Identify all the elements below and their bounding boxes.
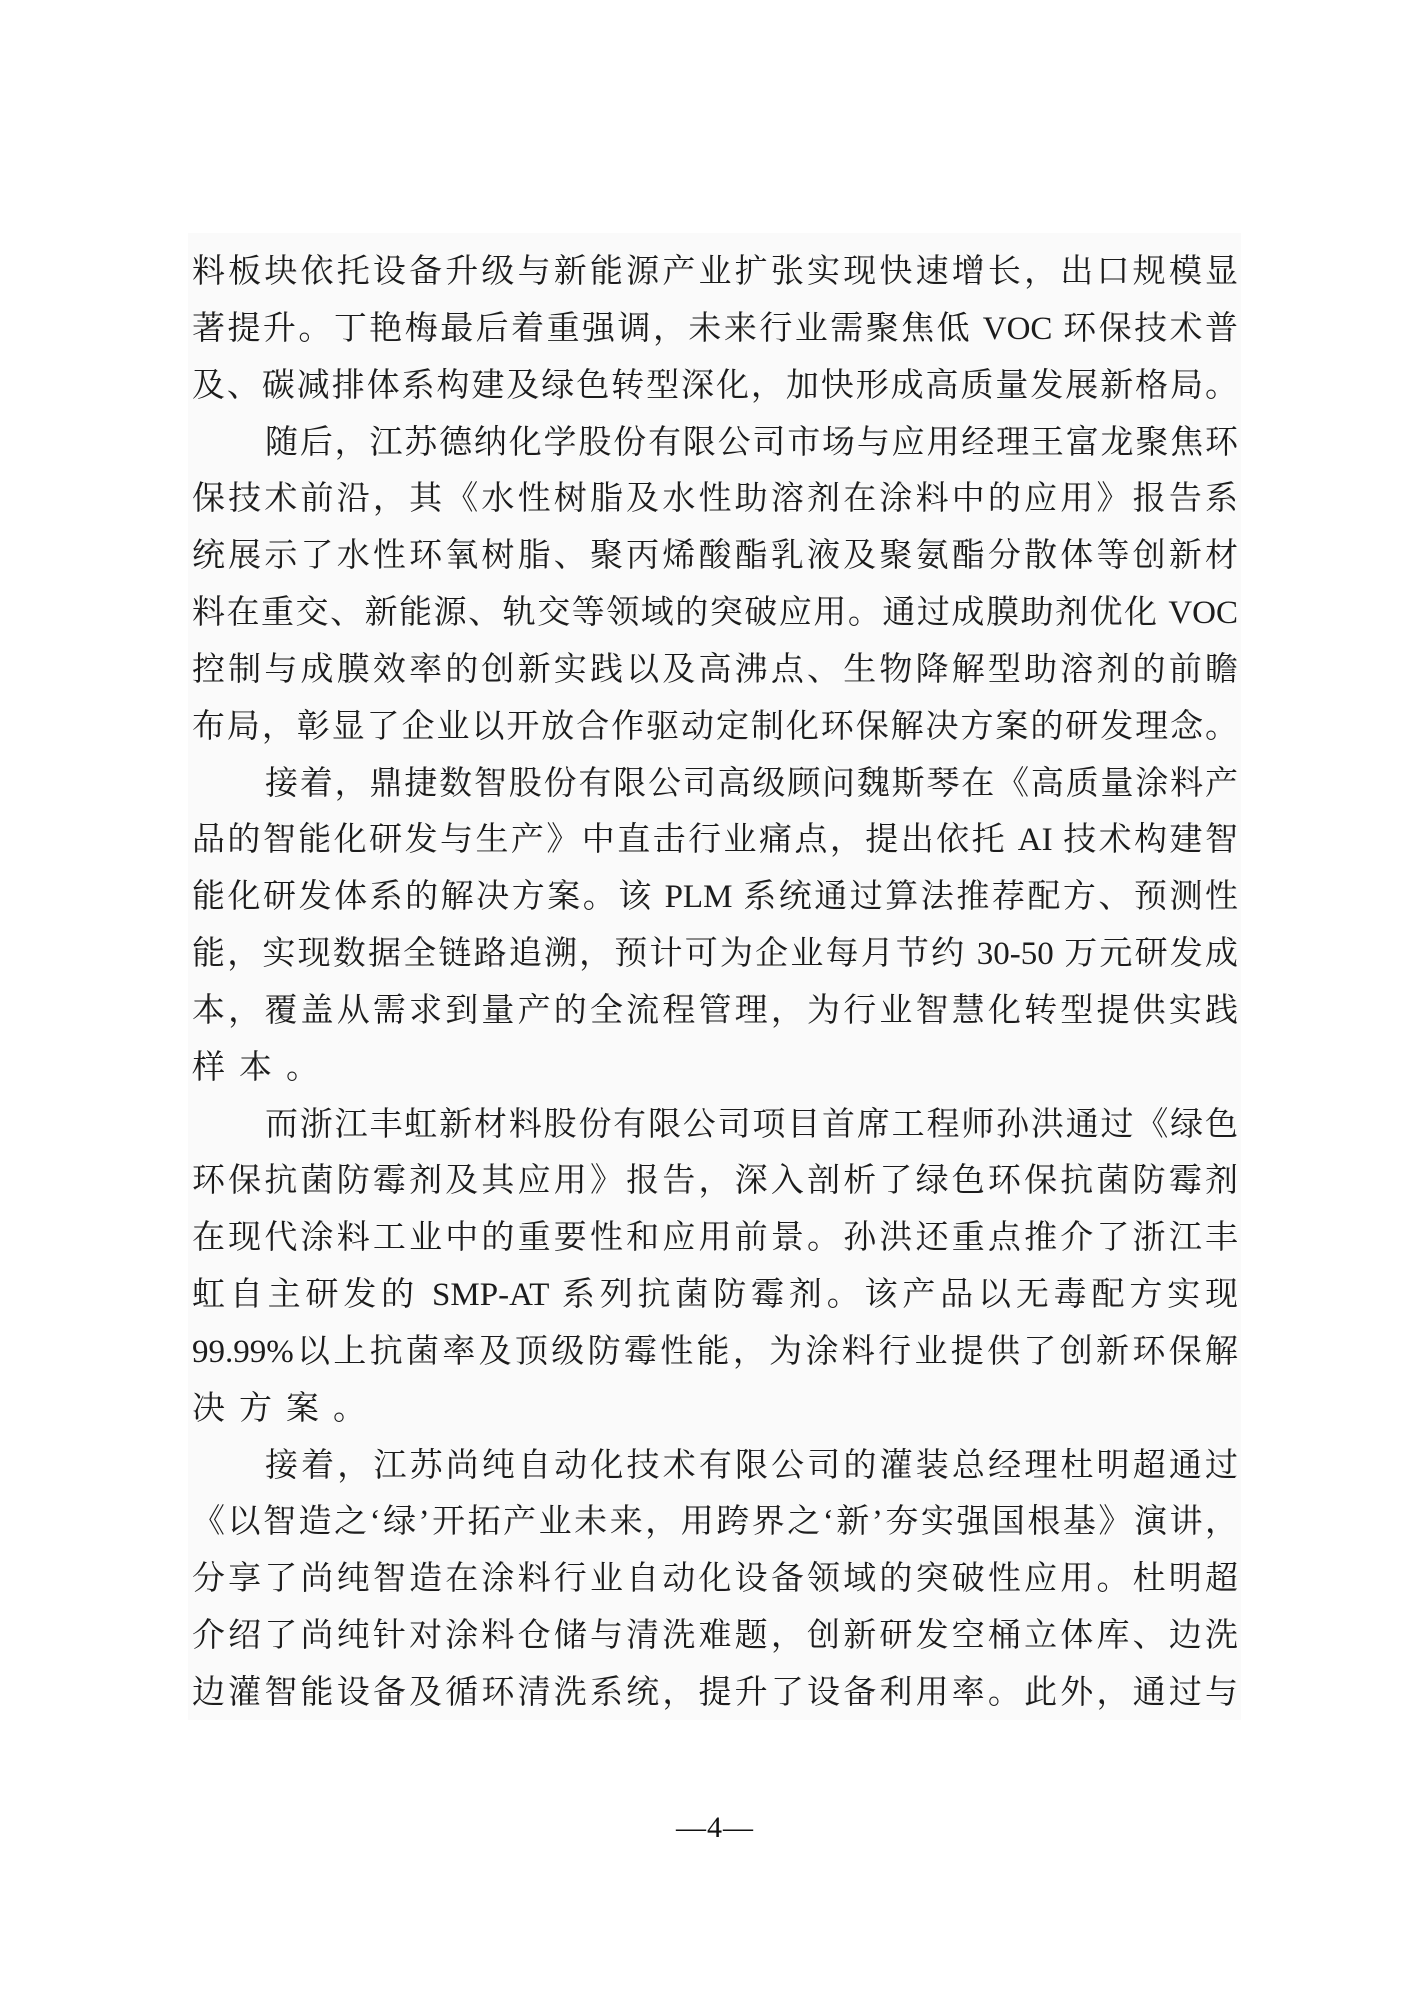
text-line: 及、碳减排体系构建及绿色转型深化，加快形成高质量发展新格局。: [192, 366, 1238, 406]
text-line: 99.99%以上抗菌率及顶级防霉性能，为涂料行业提供了创新环保解: [192, 1332, 1238, 1372]
paragraph-first-line: 随后，江苏德纳化学股份有限公司市场与应用经理王富龙聚焦环: [265, 423, 1238, 463]
document-page: 料板块依托设备升级与新能源产业扩张实现快速增长，出口规模显 著提升。丁艳梅最后着…: [0, 0, 1415, 2000]
text-line: 著提升。丁艳梅最后着重强调，未来行业需聚焦低 VOC 环保技术普: [192, 309, 1238, 349]
text-line: 控制与成膜效率的创新实践以及高沸点、生物降解型助溶剂的前瞻: [192, 650, 1238, 690]
text-line: 《以智造之‘绿’开拓产业未来，用跨界之‘新’夯实强国根基》演讲，: [192, 1502, 1238, 1542]
body-text-block: 料板块依托设备升级与新能源产业扩张实现快速增长，出口规模显 著提升。丁艳梅最后着…: [188, 233, 1241, 1720]
text-line: 能化研发体系的解决方案。该 PLM 系统通过算法推荐配方、预测性: [192, 877, 1238, 917]
text-line: 布局，彰显了企业以开放合作驱动定制化环保解决方案的研发理念。: [192, 707, 1238, 747]
text-line: 介绍了尚纯针对涂料仓储与清洗难题，创新研发空桶立体库、边洗: [192, 1616, 1238, 1656]
text-line: 统展示了水性环氧树脂、聚丙烯酸酯乳液及聚氨酯分散体等创新材: [192, 536, 1238, 576]
paragraph-first-line: 接着，江苏尚纯自动化技术有限公司的灌装总经理杜明超通过: [265, 1446, 1238, 1486]
paragraph-last-line: 决方案。: [192, 1389, 1238, 1429]
text-line: 分享了尚纯智造在涂料行业自动化设备领域的突破性应用。杜明超: [192, 1559, 1238, 1599]
page-number: —4—: [660, 1808, 770, 1848]
text-line: 能，实现数据全链路追溯，预计可为企业每月节约 30-50 万元研发成: [192, 934, 1238, 974]
text-line: 本，覆盖从需求到量产的全流程管理，为行业智慧化转型提供实践: [192, 991, 1238, 1031]
paragraph-first-line: 而浙江丰虹新材料股份有限公司项目首席工程师孙洪通过《绿色: [265, 1105, 1238, 1145]
text-line: 虹自主研发的 SMP-AT 系列抗菌防霉剂。该产品以无毒配方实现: [192, 1275, 1238, 1315]
paragraph-first-line: 接着，鼎捷数智股份有限公司高级顾问魏斯琴在《高质量涂料产: [265, 764, 1238, 804]
text-line: 边灌智能设备及循环清洗系统，提升了设备利用率。此外，通过与: [192, 1673, 1238, 1713]
text-line: 品的智能化研发与生产》中直击行业痛点，提出依托 AI 技术构建智: [192, 820, 1238, 860]
paragraph-last-line: 样本。: [192, 1048, 1238, 1088]
text-line: 环保抗菌防霉剂及其应用》报告，深入剖析了绿色环保抗菌防霉剂: [192, 1161, 1238, 1201]
text-line: 在现代涂料工业中的重要性和应用前景。孙洪还重点推介了浙江丰: [192, 1218, 1238, 1258]
text-line: 料在重交、新能源、轨交等领域的突破应用。通过成膜助剂优化 VOC: [192, 593, 1238, 633]
text-line: 料板块依托设备升级与新能源产业扩张实现快速增长，出口规模显: [192, 252, 1238, 292]
text-line: 保技术前沿，其《水性树脂及水性助溶剂在涂料中的应用》报告系: [192, 479, 1238, 519]
